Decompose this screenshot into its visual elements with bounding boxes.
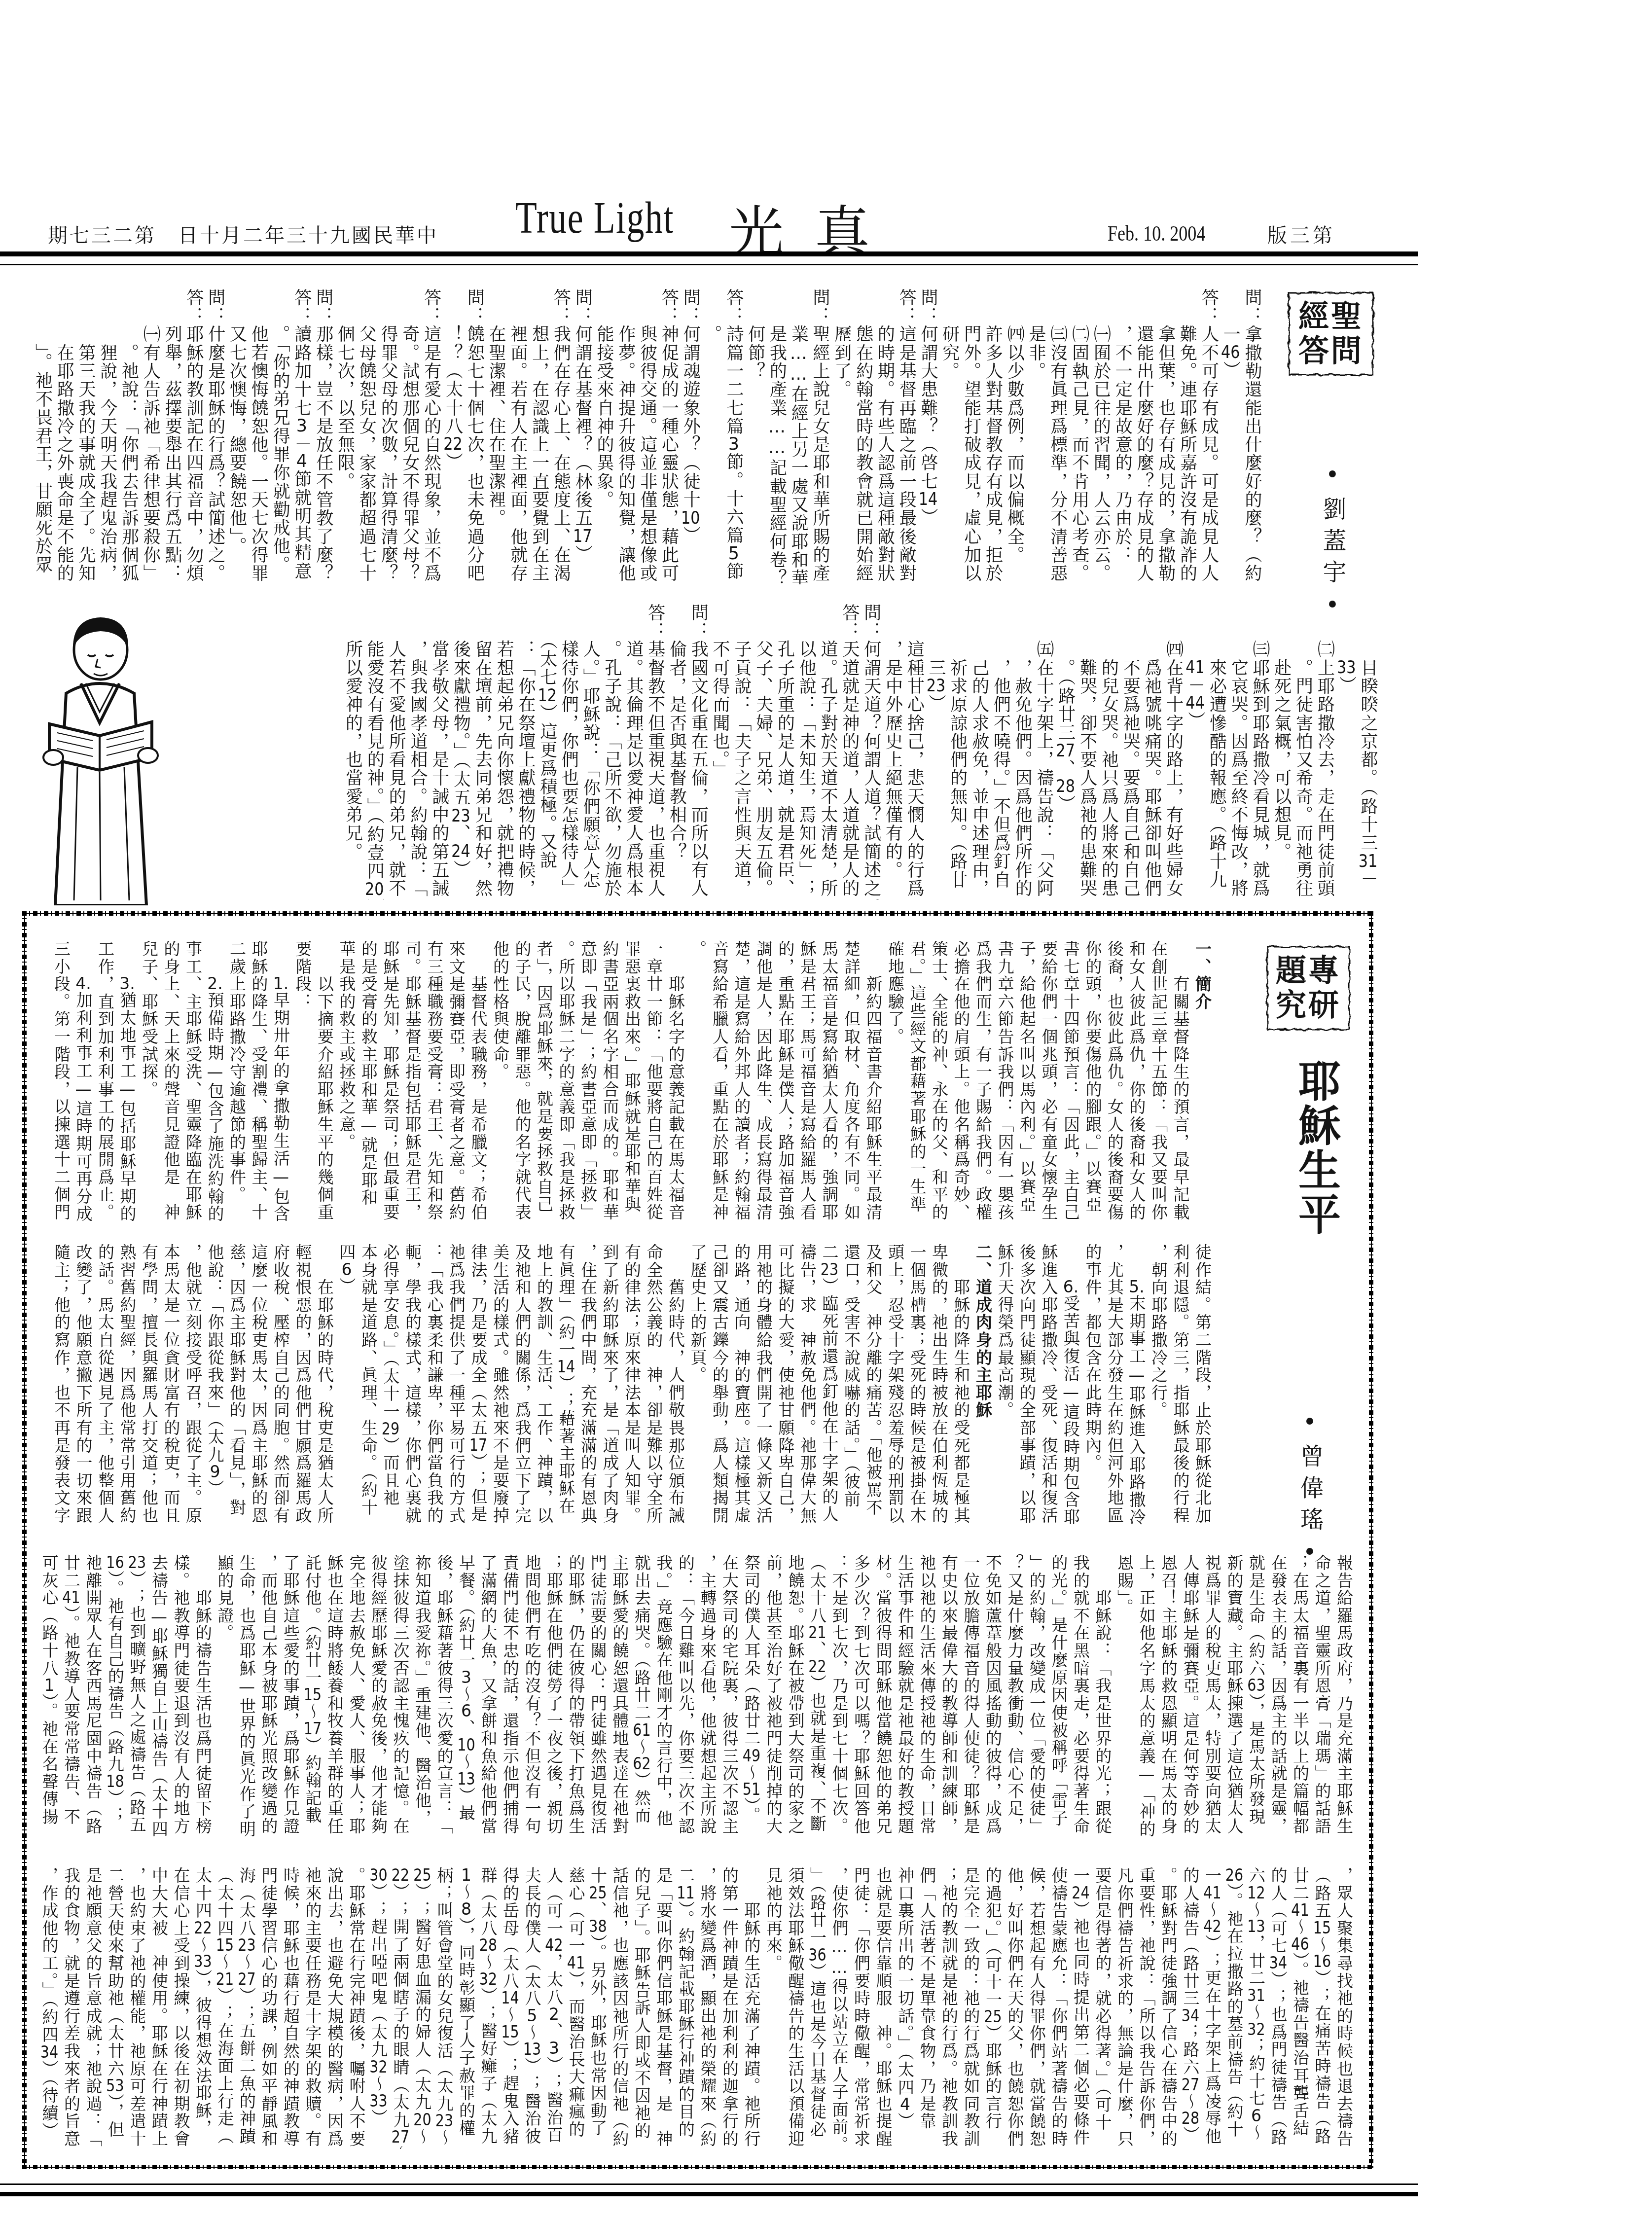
text-column: ：「你在祭壇上獻禮物的時候，	[514, 604, 536, 899]
text-column: 。祂說：「你們去告訴那個狐	[118, 288, 140, 584]
text-column: 太十四22～33），彼得想效法耶穌，	[192, 1867, 214, 2149]
text-column: 問：那樣，豈不是放任不管教了麼？	[312, 288, 334, 584]
text-column: 來文是彌賽亞，即受膏者之意。舊約	[445, 940, 467, 1222]
text-column: 慈，因爲主耶穌對他的「看見」，對	[226, 1244, 248, 1526]
text-column: 問：什麼是耶穌的行爲？試簡述之。	[204, 288, 226, 584]
text-column: 三23）	[925, 604, 946, 899]
text-column: 在信心上受到操練，以後在初期教會	[170, 1867, 192, 2149]
text-column: 答：耶穌的教訓記在四福音中，勿煩	[182, 288, 204, 584]
text-column: 門徒學習信心的功課，例如平靜風和	[257, 1867, 280, 2149]
text-column: 恩賜」。	[1113, 1554, 1136, 1836]
text-column: 馬太福音是寫給猶太人看的，強調耶	[818, 940, 840, 1222]
text-column: 穌也在這時將餧養和牧養羊群的重任	[323, 1554, 346, 1836]
text-column: 本身就是道路、眞理、生命。（約十	[358, 1244, 380, 1526]
feature-band-a: 一、簡介 有關基督降生的預言，最早記載在創世記三章十五節：「我又要叫你和女人彼此…	[50, 940, 1214, 1222]
text-column: 父母饒恕兒女，家家都超過七十	[356, 288, 377, 584]
text-column: 二歲上耶路撒冷守逾越節的事件。	[226, 940, 248, 1222]
text-column: 己的人求赦免，並申述理由，	[968, 604, 990, 899]
text-column: 四6）	[335, 1244, 358, 1526]
bible-qa-band-2: 目睽睽之京都。（路十三31－ 33） ㈡上耶路撒冷去，走在門徒前頭 。門徒害怕又…	[342, 604, 1378, 899]
text-column: ，他們不曉得。」不但爲釘自	[990, 604, 1011, 899]
text-column: 六12～13，廿二31～32；約十七6～	[1245, 1867, 1267, 2149]
text-column: 與彼得交通。這並非僅是想像或	[636, 288, 658, 584]
text-column: 主耶穌愛的饒恕還具體地表達在祂對	[609, 1554, 631, 1836]
text-column: 一個馬槽裏；受死的時候是被掛在木	[906, 1244, 928, 1526]
text-column: 答：讀路加十七3－4節就明其精意	[290, 288, 312, 584]
text-column: 一46）	[1219, 288, 1241, 584]
text-column: 軛，學我的樣式，這樣，你們心裏就	[401, 1244, 424, 1526]
text-column: 耶穌的降生和祂的受死都是極其	[950, 1244, 972, 1526]
text-column: 得的岳母（太八14～15）；趕鬼入豬	[499, 1867, 521, 2149]
text-column: ，作成他的工。」（約四34）（待續）	[38, 1867, 60, 2149]
footer-rule-thick	[0, 2192, 1418, 2196]
text-column: 何節？	[744, 288, 766, 584]
text-column: ，也約束了祂的權能，祂原可差遣十	[126, 1867, 148, 2149]
text-column: 律法，乃是要成全（太五17）；但是	[467, 1244, 489, 1526]
text-column: 一位放膽傳福音的得人使徒？耶穌是	[960, 1554, 982, 1836]
text-column: 在耶路撒冷之外喪命是不能的	[53, 288, 74, 584]
text-column: 一章廿一節：「他要將自己的百姓從	[643, 940, 665, 1222]
text-column: 是「要叫你們信耶穌是基督，是 神	[652, 1867, 675, 2149]
text-column: 在大祭司的宅院裏，彼得三次不認主	[718, 1554, 741, 1836]
text-column: 答：這是有愛心的自然現象，並不爲	[420, 288, 442, 584]
text-column: 有的律法；原來律法本是叫人知罪。	[621, 1244, 643, 1526]
text-column: 問：聖經上說兒女是耶和華所賜的產	[809, 288, 830, 584]
text-column: ？又是什麼力量教衝動、信心不足，	[1004, 1554, 1026, 1836]
text-column: 樣。祂教導門徒要退到沒有人的地方	[170, 1554, 192, 1836]
text-column: 狸說，今天明天我趕鬼治病，	[96, 288, 118, 584]
text-column: 使禱告蒙應允：「你們站著禱告的時	[1047, 1867, 1070, 2149]
text-column: 祂爲我們提供了一種平易可行的方式	[445, 1244, 467, 1526]
text-column: 完全地去赦免人、愛人、服事人；耶	[345, 1554, 367, 1836]
text-column: 責備門徒不忠的話，還指示他們捕得	[499, 1554, 521, 1836]
text-column: 」。祂不畏君王，甘願死於眾	[32, 288, 53, 584]
text-column: ㈡固執己見，而不肯用心考查。	[1068, 288, 1090, 584]
text-column: ㈢沒有眞理爲標準，分不清善惡	[1046, 288, 1068, 584]
text-column: 地饒恕。耶穌在被帶到大祭司的家之	[784, 1554, 806, 1836]
text-column: 人傳耶穌是彌賽亞。這是何等奇妙的	[1179, 1554, 1201, 1836]
text-column: 問：我國文化重在五倫，而所以有人	[687, 604, 709, 899]
text-column: 道。孔子對於天道不太清楚，所	[817, 604, 838, 899]
text-column: 門外。望能打破成見，虛心加以	[960, 288, 982, 584]
text-column: 的：「今日雞叫以先，你要三次不認	[675, 1554, 697, 1836]
text-column: 列舉，茲擇要舉出其行爲五點：	[161, 288, 182, 584]
text-column: 所以愛神的，也當愛弟兄。	[342, 604, 363, 899]
text-column: 的話。馬太自從遇見了主，他整個人	[94, 1244, 116, 1526]
text-column: 問：拿撒勒還能出什麼好的麼？（約	[1241, 288, 1262, 584]
text-column: 樣待你們，你們也要怎樣待人」	[558, 604, 579, 899]
text-column: 的路，通向 神的寶座。這樣極其虛	[730, 1244, 753, 1526]
text-column: 答：神促成的一種心靈狀態，藉此可	[658, 288, 680, 584]
text-column: 新約四福音書介紹耶穌生平最清	[862, 940, 884, 1222]
text-column: 裡面。若有人在主裡面，他就存	[506, 288, 528, 584]
text-column: 話信祂，也應該因祂所行的信祂（約	[609, 1867, 631, 2149]
text-column: ，與我國孝道相合。約翰說：「	[406, 604, 428, 899]
text-column: 後裔，也彼此爲仇。女人的後裔要傷	[1104, 940, 1126, 1222]
text-column: （路五15～16）；在痛苦時禱告（路	[1311, 1867, 1333, 2149]
text-column: 地上的教訓、生活、工作、神蹟，以	[533, 1244, 555, 1526]
text-column: 託付他。（約廿一15～17）約翰記載	[301, 1554, 323, 1836]
text-column: 隨主；他的寫作，也不再是發表文字	[50, 1244, 72, 1526]
text-column: 柄；叫管會堂的女兒復活（太九23～	[433, 1867, 455, 2149]
feature-band-c1: 報告給羅馬政府，乃是充滿主耶穌生命之道，聖靈所恩膏「瑞瑪」的話語；在馬太福音裏有…	[38, 1554, 1355, 1836]
text-column: 子貢說：「夫子之言性與天道，	[730, 604, 752, 899]
text-column: 這麼一位稅吏馬太，因爲主耶穌的恩	[248, 1244, 270, 1526]
text-column: 問：何謂天道？何謂人道？試簡述之。	[860, 604, 882, 899]
text-column: 不免如蘆葦般因風搖動的彼得，成爲	[982, 1554, 1004, 1836]
text-column: 確地應驗了。	[884, 940, 906, 1222]
text-column: 視爲罪人的稅吏馬太，特別要向猶太	[1201, 1554, 1223, 1836]
text-column: 23）；也到曠野無人之處禱告（路五	[126, 1554, 148, 1836]
text-column: 和女人彼此爲仇，你的後裔和女人的	[1125, 940, 1148, 1222]
issue-date-chinese: 中華民國九十三年二月十日 第二三七期	[48, 220, 438, 248]
newspaper-page: 中華民國九十三年二月十日 第二三七期 True Light 真光 Feb. 10…	[0, 0, 1652, 2219]
text-column: 中大大被 神使用。耶穌在行神蹟上	[148, 1867, 170, 2149]
text-column: 作夢。神提升彼得的知覺，讓他	[614, 288, 636, 584]
text-column: 的過犯。」（可十一25）耶穌的言行	[982, 1867, 1004, 2149]
text-column: 可比擬的大愛，使祂甘願降卑自己，	[774, 1244, 796, 1526]
text-column: 司。耶穌基督是指包括耶穌是君王，	[401, 940, 424, 1222]
text-column: 目睽睽之京都。（路十三31－	[1357, 604, 1378, 899]
text-column: 孔子所重的是人道，就是君臣、	[774, 604, 795, 899]
text-column: 禱告，求 神赦免他們。祂那偉大無	[796, 1244, 819, 1526]
text-column: 要階段：	[291, 940, 314, 1222]
text-column: （太十四15～21）；在海面上行走（	[214, 1867, 236, 2149]
text-column: 是我的產業……記載聖經何卷？	[766, 288, 788, 584]
text-column: 凡你們禱告祈求的，無論是什麼，只	[1113, 1867, 1136, 2149]
text-column: 利利退隱。第三，指耶穌最後的行程	[1169, 1244, 1191, 1526]
text-column: ，是中外歷史上絕無僅有的。	[882, 604, 903, 899]
text-column: 祂離開眾人在客西馬尼園中禱告（路	[82, 1554, 104, 1836]
text-column: ㈢耶穌到耶路撒冷看見城，就爲	[1249, 604, 1270, 899]
text-column: 的事件，都包含在此時期內。	[1081, 1244, 1104, 1526]
text-column: 了滿網的大魚，又拿餅和魚給他們當	[477, 1554, 499, 1836]
text-column: 以他說：「未知生，焉知死」；	[795, 604, 817, 899]
text-column: 。孔子說：「己所不欲，勿施於	[601, 604, 622, 899]
text-column: 祭司的僕人耳朵（路廿二49～51）。	[740, 1554, 762, 1836]
text-column: 難哭，卻不要人爲祂的患難哭	[1076, 604, 1098, 899]
text-column: 答：天道就是神的道，人道就是人的	[838, 604, 860, 899]
text-column: 的子民，脫離罪惡。他的名字就代表	[511, 940, 533, 1222]
text-column: 了歷史上的新頁。	[686, 1244, 709, 1526]
text-column: ㈠囿於已往的習聞，人云亦云。	[1090, 288, 1112, 584]
text-column: 美生活的樣式。雖然祂來不是要廢掉	[489, 1244, 511, 1526]
text-column: 答：人不可存有成見。可是成見人人	[1198, 288, 1220, 584]
text-column: 基督代表職務，是希臘文；希伯	[467, 940, 489, 1222]
text-column: 二、道成肉身的主耶穌	[972, 1244, 994, 1526]
text-column: 新的寶藏。主耶穌揀選了這位猶太人	[1223, 1554, 1245, 1836]
text-column: 華是我的救主或拯救之意。	[335, 940, 358, 1222]
text-column: 得罪父母的次數，計算得清麼？	[377, 288, 398, 584]
bible-qa-band-1: 問：拿撒勒還能出什麼好的麼？（約 一46）答：人不可存有成見。可是成見人人 難免…	[32, 288, 1262, 584]
text-column: ，朝向耶路撒冷之行。	[1148, 1244, 1170, 1526]
text-column: ，主轉過身來看他，他就想起主所說	[696, 1554, 718, 1836]
text-column: 塗抹彼得三次否認主愧疚的記憶。在	[389, 1554, 411, 1836]
text-column: 答：我們在存心上、在態度上、在渴	[550, 288, 572, 584]
text-column: 罪惡裏救出來。」耶穌就是耶和華與	[621, 940, 643, 1222]
text-column: 不要爲祂哭。要爲自己和自己	[1119, 604, 1141, 899]
text-column: 」（路廿一36）這也是今日基督徒必	[806, 1867, 828, 2149]
bible-qa-author: •劉蓋宇•	[1316, 461, 1350, 627]
text-column: 的人禱告（路廿三34；路六27～28）	[1179, 1867, 1201, 2149]
text-column: 就出去痛哭。（路廿二61～62）然而	[631, 1554, 653, 1836]
text-column: 去禱告—耶穌獨自上山禱告（太十四	[148, 1554, 170, 1836]
text-column: 意即「我是」；約書亞意即「拯救」	[577, 940, 599, 1222]
text-column: 祈求原諒他們的無知。（路廿	[946, 604, 968, 899]
text-column: ㈡上耶路撒冷去，走在門徒前頭	[1314, 604, 1335, 899]
text-column: 以下摘要介紹耶穌生平的幾個重	[314, 940, 336, 1222]
text-column: 耶穌的生活充滿了神蹟。祂所行	[740, 1867, 762, 2149]
text-column: 二11）。約翰記載耶穌行神蹟的目的	[675, 1867, 697, 2149]
text-column: 己卻又震古鑠今的舉動，爲人類揭開	[709, 1244, 731, 1526]
text-column: 的人（可七34）；也爲門徒禱告（路	[1267, 1867, 1289, 2149]
text-column: 策士、全能的神、永在的父、和平的	[928, 940, 950, 1222]
text-column: 徒作結。第二階段，止於耶穌從北加	[1191, 1244, 1214, 1526]
text-column: 他，好叫你們在天的父，也饒恕你們	[1004, 1867, 1026, 2149]
text-column: 6.受苦與復活—這段時期包含耶	[1060, 1244, 1082, 1526]
text-column: 的光。」是什麼原因使被稱呼「雷子	[1047, 1554, 1070, 1836]
text-column: ！？（太十八22）	[442, 288, 464, 584]
text-column: 道。其倫理是以愛神愛人爲根本	[622, 604, 644, 899]
text-column: ，使你們……得以站立在人子面前。	[828, 1867, 850, 2149]
feature-author: •曾偉瑤•	[1293, 1408, 1327, 1574]
text-column: 舊約時代，人們敬畏那位頒布誡	[665, 1244, 687, 1526]
text-column: 二營天使來幫助祂（太廿六53），但	[104, 1867, 126, 2149]
text-column: 。門徒害怕又希奇。而祂勇往	[1292, 604, 1314, 899]
text-column: 難免。連耶穌所嘉許沒有詭詐的	[1176, 288, 1198, 584]
text-column: 卑微的，祂出生時被放在伯利恆城的	[928, 1244, 950, 1526]
text-column: 後多次向門徒顯現的全部事蹟，以耶	[1016, 1244, 1038, 1526]
text-column: 。	[701, 288, 722, 584]
text-column: 他說：「你跟從我來」（太九9）	[204, 1244, 226, 1526]
decorative-border-bottom	[22, 2165, 1373, 2169]
text-column: 當孝敬父母，是十誡中的第五誡	[428, 604, 450, 899]
text-column: 命全然公義的 神，卻是難以守全所	[643, 1244, 665, 1526]
text-column: 耶穌說：「我是世界的光；跟從	[1091, 1554, 1113, 1836]
text-column: 見祂的再來。	[762, 1867, 785, 2149]
text-column: 耶穌名字的意義記載在馬太福音	[665, 940, 687, 1222]
text-column: 答：詩篇一二七篇3節。十六篇5節	[722, 288, 744, 584]
text-column: 調他是人，因此降生、成長寫得最清	[753, 940, 775, 1222]
masthead-english-title: True Light	[515, 191, 674, 244]
text-column: 」的約翰，改變成一位「愛的使徒」	[1026, 1554, 1048, 1836]
text-column: 的兒子」。耶穌告訴人即或不因祂的	[631, 1867, 653, 2149]
text-column: 書九章六節告訴我們：「因有一嬰孩	[994, 940, 1016, 1222]
text-column: 有眞理」（約一14）；藉著主耶穌在	[555, 1244, 577, 1526]
reader-figure-icon	[26, 609, 174, 905]
text-column: 的耶穌，仍在彼得的帶領下打魚爲生	[565, 1554, 587, 1836]
text-column: 多少次？到七次可以嗎？耶穌回答他	[850, 1554, 872, 1836]
text-column: 到了新約耶穌來了，是「道成了肉身	[599, 1244, 621, 1526]
text-column: 慈心（可一41），而醫治長大痲瘋的	[565, 1867, 587, 2149]
text-column: 是完全一致的：祂的行爲就如同教訓	[960, 1867, 982, 2149]
text-column: 神口裏所出的一切話。」（太四4）	[894, 1867, 916, 2149]
text-column: 約書亞兩個名字相合而成的。耶和華	[599, 940, 621, 1222]
text-column: 還口，受害不說威嚇的話。」（彼前	[840, 1244, 862, 1526]
text-column: 人。」耶穌說：「你們願意人怎	[579, 604, 601, 899]
text-column: 他的性格與使命。	[489, 940, 511, 1222]
text-column: ，他就立刻接受呼召，跟從了主。原	[182, 1244, 204, 1526]
text-column: 前，他甚至治好了被祂門徒削掉的大	[762, 1554, 785, 1836]
text-column: ；祂的教訓就是祂的行爲。祂教訓我	[938, 1867, 960, 2149]
bible-qa-tag: 聖經 問答	[1285, 289, 1377, 379]
text-column: 歷到了。	[830, 288, 852, 584]
text-column: 廿二41）。祂教導人要常常禱告、不	[60, 1554, 82, 1836]
text-column: 地問他們有吃的沒有？不但沒有一句	[521, 1554, 543, 1836]
text-column: 恩召！主耶穌的救恩顯明在馬太的身	[1157, 1554, 1180, 1836]
bible-qa-tag-line2: 問答	[1298, 334, 1364, 368]
text-column: 早餐。（約廿一3～6、10～13）最	[455, 1554, 477, 1836]
text-column: ㈣以少數爲例，而以偏概全。	[1003, 288, 1025, 584]
text-column: 又七次懊悔，總要饒恕他」。	[226, 288, 248, 584]
text-column: 有關基督降生的預言，最早記載	[1169, 940, 1191, 1222]
text-column: 穌進入耶路撒冷、受死、復活和復活	[1038, 1244, 1060, 1526]
text-column: 25）；醫好患血漏的婦人（太九20～	[411, 1867, 433, 2149]
text-column: 在發表主的話，因爲主的話就是靈，	[1267, 1554, 1289, 1836]
text-column: 生命，也爲耶穌—世界的眞光作了明	[236, 1554, 258, 1836]
text-column: 楚詳細，但取材、角度各有不同。如	[840, 940, 862, 1222]
text-column: 及祂和人們的關係，爲我們立下了完	[511, 1244, 533, 1526]
text-column: 十25、38）。另外，耶穌也常因動了	[587, 1867, 609, 2149]
text-column: 一24）祂也同時提出第二個必要條件	[1070, 1867, 1092, 2149]
text-column: 22）；開了兩個瞎子的眼睛（太九27～	[389, 1867, 411, 2149]
text-column: 來必遭慘酷的報應。（路十九	[1206, 604, 1227, 899]
decorative-border-right	[1369, 911, 1373, 2169]
text-column: 門徒：「你們要時時儆醒，常常祈求	[850, 1867, 872, 2149]
text-column: 者」，因爲耶穌來，就是要拯救自己	[533, 940, 555, 1222]
text-column: 廿二41～46）。祂禱告醫治耳聾舌結	[1289, 1867, 1311, 2149]
man-reading-book-illustration	[26, 609, 174, 905]
text-column: 的，重點在耶穌是僕人；路加福音強	[774, 940, 796, 1222]
text-column: （太十八21、22）也就是重複、不斷	[806, 1554, 828, 1836]
text-column: ㈠有人告訴祂「希律想要殺你」	[140, 288, 161, 584]
text-column: 重要性，祂說：「所以我告訴你們，	[1135, 1867, 1157, 2149]
text-column: ，眾人聚集尋找祂的時候也退去禱告	[1333, 1867, 1355, 2149]
text-column: 還能出什麼好的麼？存成見的人	[1133, 288, 1154, 584]
text-column: 33）	[1335, 604, 1357, 899]
text-column: 的兒女哭。祂只爲人將來的患	[1098, 604, 1119, 899]
text-column: 時候，耶穌也藉行超自然的神蹟教導	[280, 1867, 302, 2149]
text-column: 耶穌是先知，耶穌是祭司；但最重要	[379, 940, 401, 1222]
text-column: 生活事件和經驗就是祂最好的教授題	[894, 1554, 916, 1836]
text-column: 耶穌的降生、受割禮、稱聖歸主、十	[248, 940, 270, 1222]
text-column: 在耶穌的時代，稅吏是猶太人所	[314, 1244, 336, 1526]
text-column: 上，正如他名字馬太的意義—「神的	[1135, 1554, 1157, 1836]
text-column: 就是生命（約六63），是馬太所發現	[1245, 1554, 1267, 1836]
text-column: 2.預備時期—包含了施洗約翰的	[204, 940, 226, 1222]
masthead-rule-thick	[0, 251, 1418, 256]
text-column: 了耶穌這些愛的事蹟，爲耶穌作見證	[280, 1554, 302, 1836]
feature-tag-line1: 專題	[1276, 954, 1341, 988]
text-column: 們「人活著不是單靠食物，乃是靠	[916, 1867, 938, 2149]
text-column: 有史以來最偉大的教導師和訓練師，	[938, 1554, 960, 1836]
footer-rule-thin	[0, 2183, 1418, 2185]
feature-band-c2: ，眾人聚集尋找祂的時候也退去禱告（路五15～16）；在痛苦時禱告（路廿二41～4…	[38, 1867, 1355, 2149]
text-column: 一41～42）；更在十字架上爲凌辱他	[1201, 1867, 1223, 2149]
text-column: 也就是要信靠順服 神。耶穌也提醒	[872, 1867, 894, 2149]
text-column: 不可得而聞也。」	[709, 604, 730, 899]
text-column: 41－44）	[1184, 604, 1206, 899]
text-column: 業……在經上另一處又說耶和華	[787, 288, 809, 584]
text-column: 想上，在認識上一直要覺到在主	[528, 288, 550, 584]
text-column: 要給你們一個兆頭，必有童女懷孕生	[1038, 940, 1060, 1222]
text-column: 是非。	[1025, 288, 1046, 584]
text-column: 說出去，也避免大規模的醫病，因爲	[323, 1867, 346, 2149]
text-column: 可灰心（路十八1）。祂在名聲傳揚	[38, 1554, 60, 1836]
text-column: 府收稅、壓榨自己的同胞。然而卻有	[270, 1244, 292, 1526]
text-column: 能愛沒有看見的神。」（約壹四20）	[363, 604, 385, 899]
bible-qa-tag-line1: 聖經	[1298, 299, 1364, 334]
text-column: 的第一件神蹟是在加利利的迦拿行的	[718, 1867, 741, 2149]
text-column: 音寫給希臘人看，重點在於耶穌是神	[709, 940, 731, 1222]
text-column: ，將水變爲酒，顯出祂的榮耀來（約	[696, 1867, 718, 2149]
text-column: 海（太八23～27）；五餅二魚的神蹟	[236, 1867, 258, 2149]
page-number: 第三版	[1267, 220, 1335, 248]
text-column: 能接受來自神的異象。	[593, 288, 614, 584]
text-column: 祂以祂的生活來傳授祂的生命，日常	[916, 1554, 938, 1836]
text-column: 命之道，聖靈所恩膏「瑞瑪」的話語	[1311, 1554, 1333, 1836]
text-column: 候，若想起有人得罪你們，就當饒恕	[1026, 1867, 1048, 2149]
text-column: 有三種職務要受膏：君王、先知和祭	[423, 940, 445, 1222]
text-column: 子，給他起名叫以馬內利。」以賽亞	[1016, 940, 1038, 1222]
text-column: 許多人對基督教存有成見，拒於	[982, 288, 1004, 584]
text-column: 是祂願意父的旨意成就；祂說過：「	[82, 1867, 104, 2149]
text-column: 書七章十四節預言：「因此，主自己	[1060, 940, 1082, 1222]
text-column: 奇。試想那個兒女不得罪父母？	[398, 288, 420, 584]
text-column: 我的食物，就是遵行差我來者的旨意	[60, 1867, 82, 2149]
text-column: 耶穌的禱告生活也爲門徒留下榜	[192, 1554, 214, 1836]
text-column: 赴死之氣概，可以想見。	[1270, 604, 1292, 899]
text-column: 後，耶穌藉著彼得三次愛的宣言：「	[433, 1554, 455, 1836]
text-column: ，不一定是故意的，乃由於：	[1111, 288, 1133, 584]
text-column: 。「你的弟兄得罪你就勸戒他。	[269, 288, 290, 584]
text-column: （太七12）這更爲積極。又說	[536, 604, 558, 899]
text-column: ，赦免他們。因爲他們所作的	[1011, 604, 1033, 899]
text-column: ㈤在十字架上，禱告說：「父阿	[1033, 604, 1054, 899]
feature-tag: 專題 研究	[1263, 943, 1353, 1034]
text-column: 爲我們而生，有一子賜給我們。政權	[972, 940, 994, 1222]
text-column: 1.早期卅年的拿撒勒生活—包含	[270, 940, 292, 1222]
text-column: 須效法耶穌儆醒禱告的生活以預備迎	[784, 1867, 806, 2149]
text-column: 你的頭，你要傷他的腳跟。」以賽亞	[1081, 940, 1104, 1222]
text-column: 。	[686, 940, 709, 1222]
text-column: 兒子、耶穌受試探。	[138, 940, 160, 1222]
text-column: 三小段。第一階段，以揀選十二個門	[50, 940, 72, 1222]
text-column: 我的就不在黑暗裏走，必要得著生命	[1070, 1554, 1092, 1836]
text-column: 工作，直到加利利事工的展開爲止。	[94, 940, 116, 1222]
text-column: 用祂的身體給我們開了一條又新又活	[753, 1244, 775, 1526]
text-column: 拿但葉，也存有成見的，拿撒勒	[1154, 288, 1176, 584]
text-column: 16）。祂有自己的禱告（路九18）；	[104, 1554, 126, 1836]
text-column: 改變了，他願意撇下所有的一切來跟	[72, 1244, 94, 1526]
text-column: ，住在我們中間，充充滿滿的有恩典	[577, 1244, 599, 1526]
text-column: 本馬太是一位貪財富有的稅吏，而且	[160, 1244, 182, 1526]
text-column: 一、簡介	[1191, 940, 1214, 1222]
text-column: 祂來的主要任務是十字架的救贖。有	[301, 1867, 323, 2149]
feature-tag-line2: 研究	[1276, 988, 1341, 1023]
text-column: 30）；趕出啞吧鬼（太九32～33）	[367, 1867, 390, 2149]
text-column: 要信是得著的，就必得著。」（可十	[1091, 1867, 1113, 2149]
text-column: 。耶穌常在行完神蹟後，囑咐人不要	[345, 1867, 367, 2149]
text-column: 我。」竟應驗在他剛才的言行中，他	[652, 1554, 675, 1836]
text-column: 的是受膏的救主耶和華—就是耶和	[358, 940, 380, 1222]
text-column: 答：這是基督再臨之前一段最後敵對	[895, 288, 917, 584]
text-column: 事工、主耶穌受洗、聖靈降臨在耶穌	[182, 940, 204, 1222]
text-column: 4.加利利事工—這時期可再分成	[72, 940, 94, 1222]
text-column: 後來獻禮物。」（太五23、24）	[450, 604, 471, 899]
text-column: 熟習舊約聖經，因爲他常常引用舊約	[116, 1244, 138, 1526]
text-column: 門徒需要的關心：門徒雖然遇見復活	[587, 1554, 609, 1836]
